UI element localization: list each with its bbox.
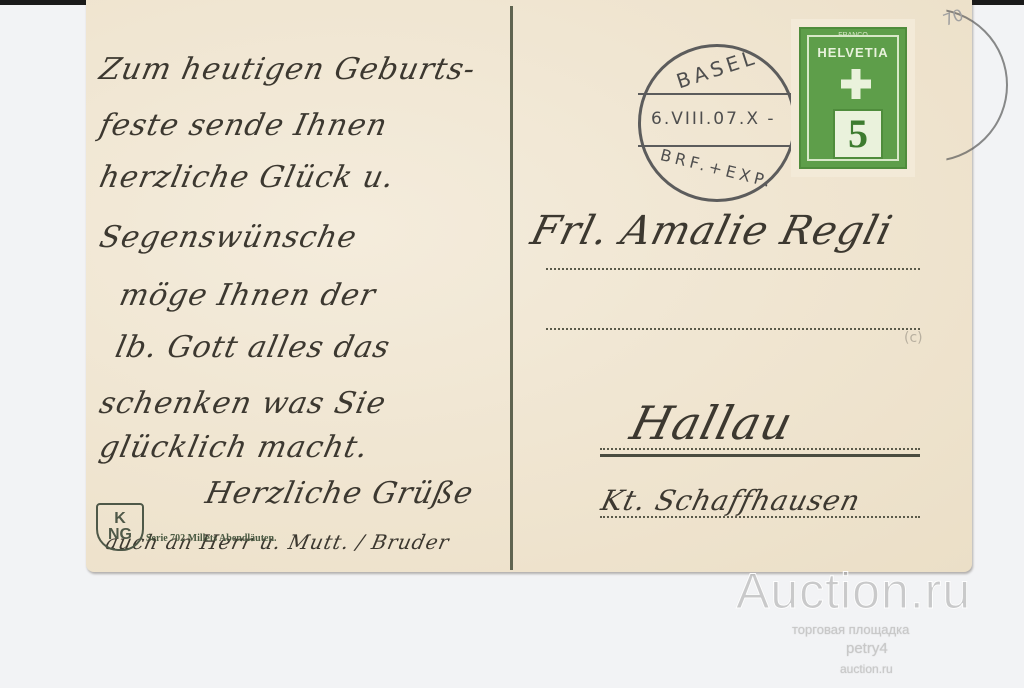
publisher-logo: K NG	[96, 503, 144, 551]
postage-stamp: FRANCO HELVETIA 5	[794, 22, 912, 174]
stamp-currency: FRANCO	[801, 32, 905, 39]
postmark-city: BASEL	[673, 45, 760, 94]
postcard: Zum heutigen Geburts- feste sende Ihnen …	[86, 0, 972, 572]
message-line: lb. Gott alles das	[112, 330, 393, 365]
logo-top: K	[114, 511, 126, 527]
message-line: Zum heutigen Geburts-	[96, 52, 479, 87]
address-line-city: Hallau	[625, 396, 798, 450]
address-underline	[600, 454, 920, 457]
address-rule-2	[546, 328, 920, 330]
address-rule-1	[546, 268, 920, 270]
message-line: möge Ihnen der	[116, 278, 379, 313]
watermark-brand: Auction.ru	[736, 562, 971, 620]
postmark: BASEL 6.VIII.07.X - BRF.+EXP.	[638, 44, 796, 202]
message-line: feste sende Ihnen	[96, 108, 391, 143]
watermark-subtitle: торговая площадка	[792, 622, 909, 637]
address-rule-4	[600, 516, 920, 518]
address-line-name: Frl. Amalie Regli	[526, 208, 897, 254]
stamp-face: FRANCO HELVETIA 5	[799, 27, 907, 169]
publisher-imprint: Serie 702 Millets Abendläuten.	[146, 533, 277, 544]
stamp-denomination: 5	[833, 109, 883, 159]
logo-bottom: NG	[108, 527, 132, 543]
message-line: Segenswünsche	[96, 220, 360, 255]
watermark-site: auction.ru	[840, 662, 893, 676]
message-line: schenken was Sie	[96, 386, 389, 421]
pencil-mark: (c)	[904, 330, 944, 370]
address-rule-3	[600, 448, 920, 450]
postmark-service: BRF.+EXP.	[658, 145, 776, 192]
postmark-band-top	[638, 93, 808, 95]
center-divider	[510, 6, 513, 570]
address-line-canton: Kt. Schaffhausen	[598, 484, 864, 517]
watermark-seller: petry4	[846, 640, 888, 657]
message-line: herzliche Glück u.	[96, 160, 398, 195]
message-line: Herzliche Grüße	[202, 476, 477, 511]
message-line: glücklich macht.	[96, 430, 371, 465]
postmark-date: 6.VIII.07.X -	[651, 109, 776, 129]
stamp-country: HELVETIA	[801, 45, 905, 60]
